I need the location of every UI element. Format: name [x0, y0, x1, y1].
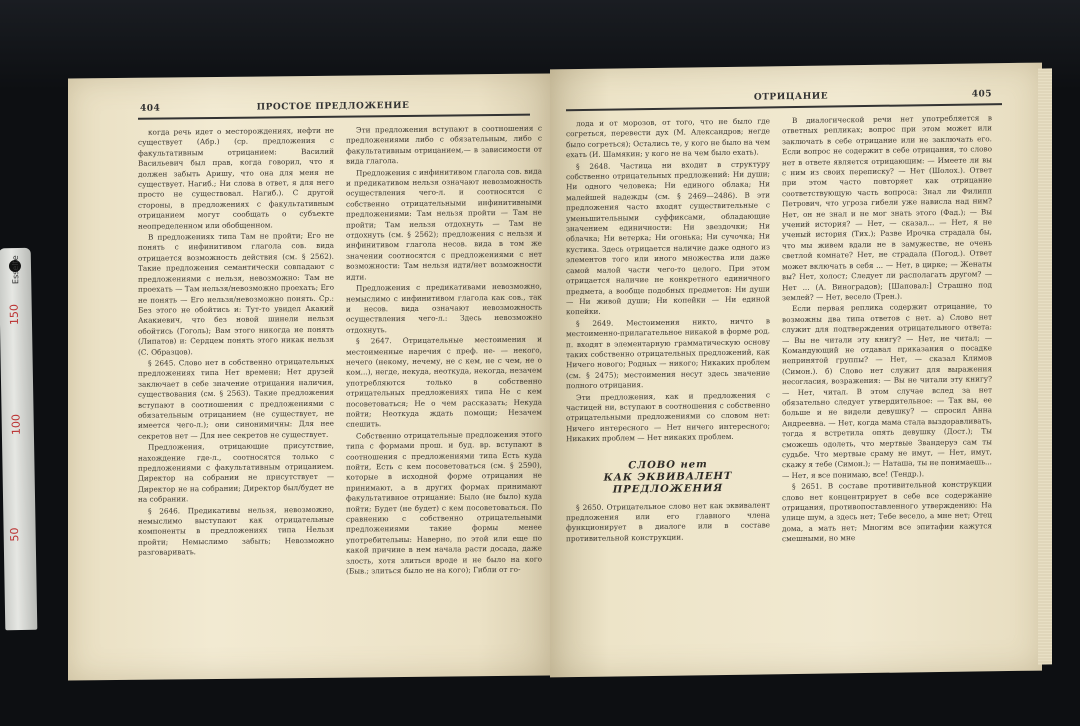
left-column-1: когда речь идет о месторождениях, нефти … — [138, 126, 334, 668]
ruler-mark-150: 150 — [8, 304, 21, 325]
right-header-rule — [566, 103, 1002, 111]
paragraph: § 2646. Предикативы нельзя, невозможно, … — [138, 504, 334, 558]
left-column-2: Эти предложения вступают в соотношения с… — [346, 124, 542, 666]
paragraph: В диалогической речи нет употребляется в… — [782, 113, 992, 303]
paragraph: Эти предложения вступают в соотношения с… — [346, 124, 542, 168]
paragraph: § 2651. В составе противительной констру… — [782, 479, 992, 544]
right-page-number: 405 — [972, 89, 992, 99]
section-heading: СЛОВО нет КАК ЭКВИВАЛЕНТ ПРЕДЛОЖЕНИЯ — [566, 458, 770, 497]
paragraph: когда речь идет о месторождениях, нефти … — [138, 126, 334, 232]
right-column-1: лода и от морозов, от того, что не было … — [566, 116, 770, 667]
left-page: 404 ПРОСТОЕ ПРЕДЛОЖЕНИЕ когда речь идет … — [68, 73, 550, 680]
page-stack-edge — [1038, 68, 1052, 664]
paragraph: Эти предложения, как и предложения с час… — [566, 390, 770, 445]
left-running-head: 404 ПРОСТОЕ ПРЕДЛОЖЕНИЕ — [140, 100, 526, 104]
paragraph: В предложениях типа Там не пройти; Его н… — [138, 231, 334, 358]
left-page-number: 404 — [140, 104, 160, 114]
paragraph: Если первая реплика содержит отрицание, … — [782, 302, 992, 482]
paragraph: § 2650. Отрицательное слово нет как экви… — [566, 500, 770, 544]
right-page: ОТРИЦАНИЕ 405 лода и от морозов, от того… — [550, 63, 1042, 678]
paragraph: § 2645. Слово нет в собственно отрицател… — [138, 357, 334, 442]
section-heading-line: ПРЕДЛОЖЕНИЯ — [566, 482, 770, 497]
paragraph: лода и от морозов, от того, что не было … — [566, 116, 770, 160]
right-column-2: В диалогической речи нет употребляется в… — [782, 113, 992, 664]
paragraph: § 2647. Отрицательные местоимения и мест… — [346, 335, 542, 431]
metal-ruler: Esselte 150 100 50 — [0, 248, 37, 631]
ruler-mark-50: 50 — [8, 527, 21, 541]
ruler-mark-100: 100 — [10, 414, 23, 435]
right-running-title: ОТРИЦАНИЕ — [754, 92, 828, 103]
paragraph: Собственно отрицательные предложения это… — [346, 429, 542, 577]
open-book: 404 ПРОСТОЕ ПРЕДЛОЖЕНИЕ когда речь идет … — [56, 66, 1050, 686]
paragraph: Предложения с инфинитивом глагола сов. в… — [346, 166, 542, 283]
left-header-rule — [138, 114, 530, 120]
paragraph: § 2649. Местоимения никто, ничто в место… — [566, 316, 770, 392]
paragraph: Предложения, отрицающие присутствие, нах… — [138, 441, 334, 505]
left-running-title: ПРОСТОЕ ПРЕДЛОЖЕНИЕ — [257, 101, 410, 113]
paragraph: § 2648. Частица ни входит в структуру со… — [566, 159, 770, 318]
ruler-brand: Esselte — [11, 255, 20, 284]
paragraph: Предложения с предикативами невозможно, … — [346, 282, 542, 336]
right-running-head: ОТРИЦАНИЕ 405 — [570, 89, 1012, 95]
